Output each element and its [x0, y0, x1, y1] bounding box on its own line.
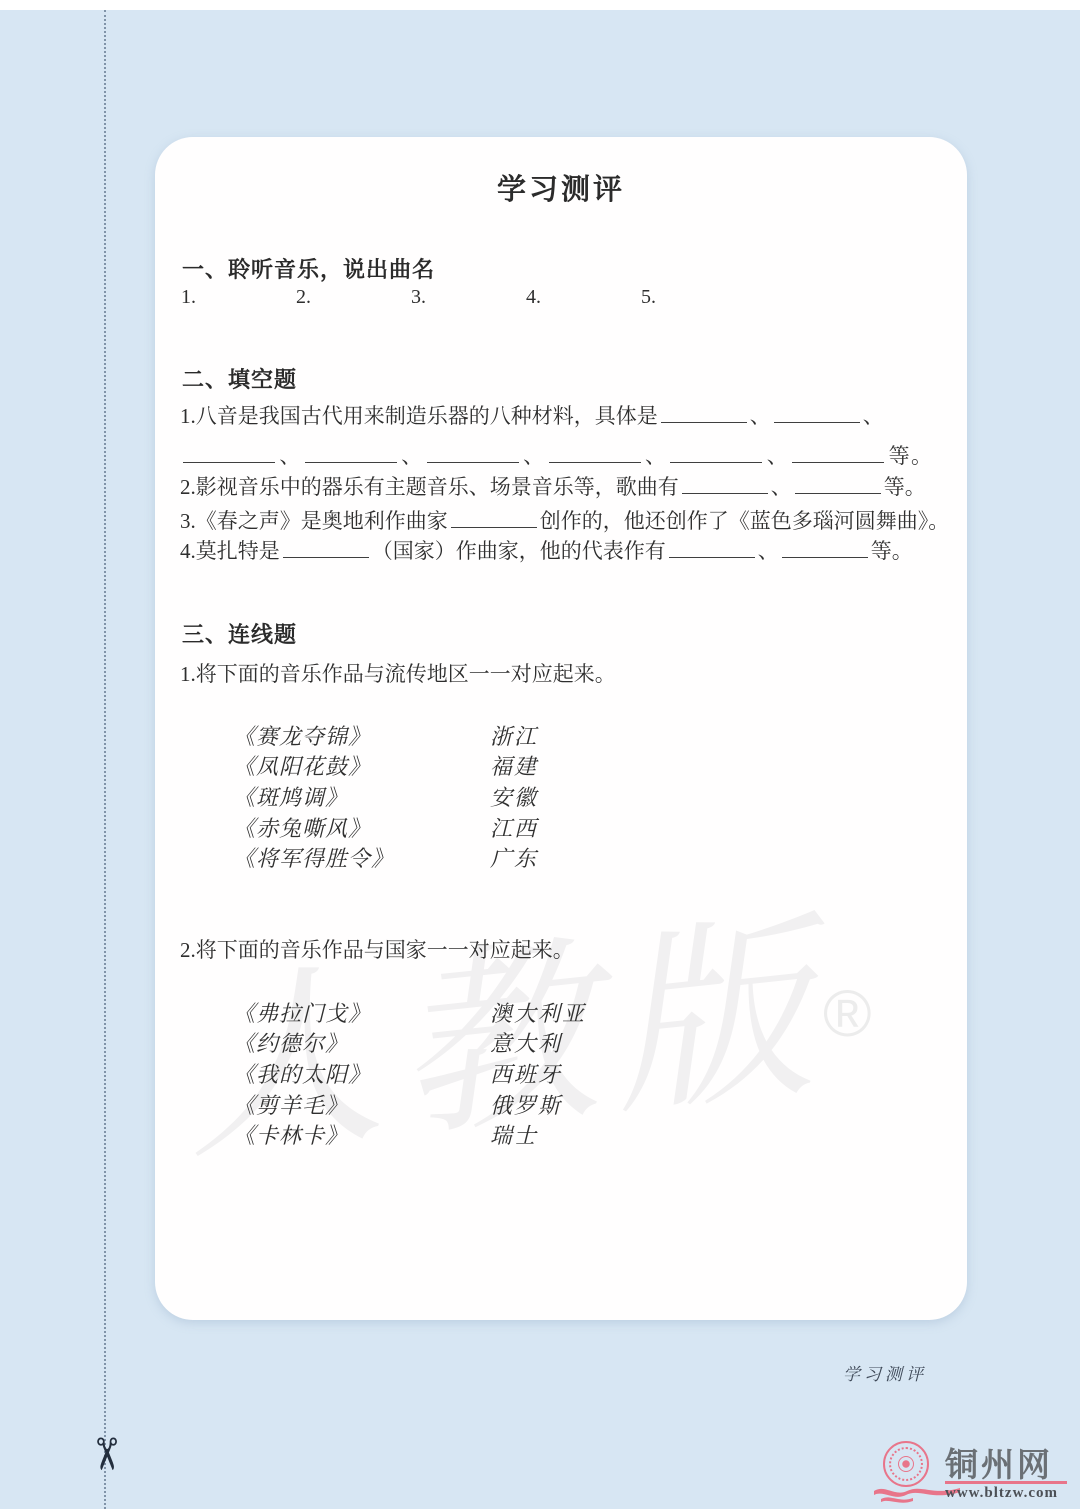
- answer-blank: [549, 442, 641, 463]
- match-answer-item: 江西: [490, 812, 538, 843]
- listening-number: 1.: [181, 286, 296, 309]
- match-row: 《卡林卡》瑞士: [233, 1119, 833, 1150]
- match-answer-item: 西班牙: [490, 1058, 562, 1089]
- question-text: 、: [644, 444, 668, 468]
- page-background: ✂ 人教版 ® 学习测评 一、聆听音乐，说出曲名 1.2.3.4.5. 二、填空…: [0, 0, 1080, 1509]
- medallion-ring: [889, 1447, 923, 1481]
- answer-blank: [682, 473, 768, 494]
- question-text: 、: [758, 539, 779, 563]
- match-answer-item: 广东: [490, 842, 538, 873]
- question-text: 4.莫扎特是: [180, 539, 280, 563]
- match-work-item: 《凤阳花鼓》: [233, 750, 490, 781]
- match-row: 《剪羊毛》俄罗斯: [233, 1089, 833, 1120]
- site-logo: 铜州网 www.bltzw.com: [873, 1437, 1071, 1505]
- answer-blank: [183, 442, 275, 463]
- match-answer-item: 瑞士: [490, 1119, 538, 1150]
- fill-blank-line: 1.八音是我国古代用来制造乐器的八种材料，具体是、、: [180, 400, 932, 430]
- question-text: 3.《春之声》是奥地利作曲家: [180, 509, 448, 533]
- answer-blank: [669, 537, 755, 558]
- section-heading-matching: 三、连线题: [182, 618, 297, 649]
- match-answer-item: 俄罗斯: [490, 1089, 562, 1120]
- match-work-item: 《斑鸠调》: [233, 781, 490, 812]
- fill-blank-line: 、、、、、等。: [180, 440, 932, 470]
- page-title: 学习测评: [155, 167, 967, 208]
- answer-blank: [661, 402, 747, 423]
- listening-number: 2.: [296, 286, 411, 309]
- question-text: 、: [278, 444, 302, 468]
- page-footer-label: 学习测评: [843, 1360, 927, 1385]
- match-answer-item: 安徽: [490, 781, 538, 812]
- question-text: 等。: [887, 444, 932, 468]
- match-work-item: 《将军得胜令》: [233, 842, 490, 873]
- site-url: www.bltzw.com: [945, 1485, 1058, 1502]
- match-row: 《约德尔》意大利: [233, 1028, 833, 1059]
- scissors-icon: ✂: [77, 1431, 133, 1477]
- dotted-cut-line: [104, 10, 106, 1509]
- medallion-icon: [883, 1441, 929, 1487]
- question-text: 、: [750, 404, 771, 428]
- logo-underline: [945, 1481, 1067, 1484]
- question-text: 2.影视音乐中的器乐有主题音乐、场景音乐等，歌曲有: [180, 475, 679, 499]
- answer-blank: [427, 442, 519, 463]
- match-answer-item: 浙江: [490, 720, 538, 751]
- question-text: 创作的，他还创作了《蓝色多瑙河圆舞曲》。: [540, 509, 950, 533]
- match-answer-item: 意大利: [490, 1027, 562, 1058]
- matching-statement-1: 1.将下面的音乐作品与流传地区一一对应起来。: [180, 658, 932, 688]
- match-row: 《凤阳花鼓》福建: [233, 751, 833, 782]
- match-work-item: 《赤兔嘶风》: [233, 812, 490, 843]
- answer-blank: [451, 507, 537, 528]
- match-row: 《我的太阳》西班牙: [233, 1058, 833, 1089]
- match-row: 《弗拉门戈》澳大利亚: [233, 997, 833, 1028]
- answer-blank: [774, 402, 860, 423]
- question-text: 等。: [884, 475, 926, 499]
- top-white-strip: [0, 0, 1080, 10]
- match-work-item: 《剪羊毛》: [233, 1089, 490, 1120]
- match-row: 《将军得胜令》广东: [233, 842, 833, 873]
- answer-blank: [670, 442, 762, 463]
- section-heading-listening: 一、聆听音乐，说出曲名: [182, 253, 435, 284]
- matching-statement-2: 2.将下面的音乐作品与国家一一对应起来。: [180, 934, 932, 964]
- question-text: 、: [863, 404, 884, 428]
- match-work-item: 《我的太阳》: [233, 1058, 490, 1089]
- answer-blank: [782, 537, 868, 558]
- match-row: 《赤兔嘶风》江西: [233, 812, 833, 843]
- fill-blank-line: 3.《春之声》是奥地利作曲家创作的，他还创作了《蓝色多瑙河圆舞曲》。: [180, 505, 932, 535]
- listening-number: 4.: [526, 286, 641, 309]
- match-answer-item: 澳大利亚: [490, 997, 586, 1028]
- match-work-item: 《弗拉门戈》: [233, 997, 490, 1028]
- answer-blank: [305, 442, 397, 463]
- answer-blank: [283, 537, 369, 558]
- listening-numbers-row: 1.2.3.4.5.: [181, 286, 941, 309]
- match-work-item: 《卡林卡》: [233, 1119, 490, 1150]
- match-row: 《赛龙夺锦》浙江: [233, 720, 833, 751]
- fill-blank-line: 2.影视音乐中的器乐有主题音乐、场景音乐等，歌曲有、等。: [180, 471, 932, 501]
- question-text: 、: [400, 444, 424, 468]
- match-work-item: 《赛龙夺锦》: [233, 720, 490, 751]
- question-text: 1.八音是我国古代用来制造乐器的八种材料，具体是: [180, 404, 658, 428]
- question-text: 、: [771, 475, 792, 499]
- medallion-core: [898, 1456, 914, 1472]
- listening-number: 5.: [641, 286, 756, 309]
- fill-blank-line: 4.莫扎特是（国家）作曲家，他的代表作有、等。: [180, 535, 932, 565]
- match-work-item: 《约德尔》: [233, 1027, 490, 1058]
- question-text: 、: [522, 444, 546, 468]
- answer-blank: [795, 473, 881, 494]
- match-row: 《斑鸠调》安徽: [233, 781, 833, 812]
- answer-blank: [792, 442, 884, 463]
- site-name: 铜州网: [945, 1439, 1053, 1486]
- worksheet-content: 学习测评 一、聆听音乐，说出曲名 1.2.3.4.5. 二、填空题 1.八音是我…: [155, 137, 967, 1320]
- section-heading-fill-blanks: 二、填空题: [182, 363, 297, 394]
- question-text: 等。: [871, 539, 913, 563]
- matching-list-regions: 《赛龙夺锦》浙江《凤阳花鼓》福建《斑鸠调》安徽《赤兔嘶风》江西《将军得胜令》广东: [233, 720, 833, 873]
- match-answer-item: 福建: [490, 750, 538, 781]
- matching-list-countries: 《弗拉门戈》澳大利亚《约德尔》意大利《我的太阳》西班牙《剪羊毛》俄罗斯《卡林卡》…: [233, 997, 833, 1150]
- worksheet-card: 人教版 ® 学习测评 一、聆听音乐，说出曲名 1.2.3.4.5. 二、填空题 …: [155, 137, 967, 1320]
- question-text: （国家）作曲家，他的代表作有: [372, 539, 666, 563]
- listening-number: 3.: [411, 286, 526, 309]
- question-text: 、: [765, 444, 789, 468]
